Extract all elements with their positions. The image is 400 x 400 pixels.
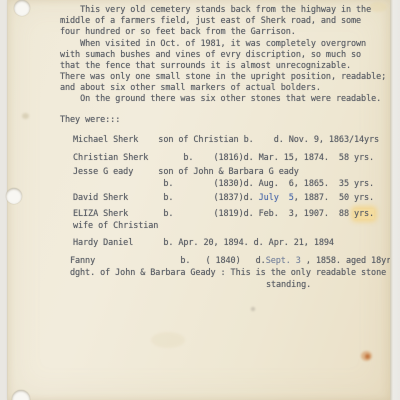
paper-sheet: This very old cemetery stands back from … (7, 0, 391, 400)
typed-text: dght. of John & Barbara Geady : This is … (70, 268, 386, 278)
stain (22, 113, 29, 119)
typed-line: They were::: (60, 115, 120, 125)
scanned-document-page: This very old cemetery stands back from … (0, 0, 400, 400)
stain (365, 354, 370, 359)
typed-text: Christian Sherk b. (1816)d. Mar. 15, 187… (73, 153, 374, 163)
typed-text: four hundred or so feet back from the Ga… (60, 27, 296, 37)
stain (251, 307, 255, 311)
typed-text: wife of Christian (73, 221, 158, 231)
typed-text: When visited in Oct. of 1981, it was com… (60, 39, 366, 49)
stain (151, 332, 185, 348)
highlighted-typed-text: yrs. (354, 209, 374, 219)
hole-punch (6, 188, 22, 204)
typed-text: Jesse G eady son of John & Barbara G ead… (73, 167, 299, 177)
typed-text: Sept. 3 (266, 256, 301, 266)
typed-line: standing. (266, 280, 311, 290)
typed-text: and about six other small markers of act… (60, 83, 321, 93)
typed-text: They were::: (60, 115, 120, 125)
typed-text: Hardy Daniel b. Apr. 20, 1894. d. Apr. 2… (73, 238, 334, 248)
typed-text: This very old cemetery stands back from … (60, 5, 371, 15)
typed-text: , 1858. aged 18yrs (301, 256, 396, 266)
typed-line: middle of a farmers field, just east of … (60, 16, 361, 26)
typed-text: David Sherk b. (1837)d. (73, 193, 259, 203)
typed-text: b. (1830)d. Aug. 6, 1865. 35 yrs. (73, 179, 374, 189)
typed-line: There was only one small stone in the up… (60, 72, 386, 82)
typed-text: Fanny b. ( 1840) d. (70, 256, 266, 266)
typed-line: Jesse G eady son of John & Barbara G ead… (73, 167, 299, 177)
stain (369, 2, 387, 12)
typed-line: David Sherk b. (1837)d. July 5, 1887. 50… (73, 193, 374, 203)
typed-text: On the ground there was six other stones… (60, 94, 381, 104)
typed-line: On the ground there was six other stones… (60, 94, 381, 104)
typed-text: ELIZA Sherk b. (1819)d. Feb. 3, 1907. 88 (73, 209, 354, 219)
typed-text: July 5 (259, 193, 294, 203)
typed-text: There was only one small stone in the up… (60, 72, 386, 82)
typed-line: that the fence that surrounds it is almo… (60, 61, 351, 71)
typed-line: Michael Sherk son of Christian b. d. Nov… (73, 135, 379, 145)
typed-text: that the fence that surrounds it is almo… (60, 61, 351, 71)
typed-line: wife of Christian (73, 221, 158, 231)
typed-line: When visited in Oct. of 1981, it was com… (60, 39, 366, 49)
typed-line: dght. of John & Barbara Geady : This is … (70, 268, 386, 278)
typed-line: with sumach bushes and vines of evry dis… (60, 50, 361, 60)
typed-line: Hardy Daniel b. Apr. 20, 1894. d. Apr. 2… (73, 238, 334, 248)
typed-text: , 1887. 50 yrs. (294, 193, 374, 203)
typed-line: ELIZA Sherk b. (1819)d. Feb. 3, 1907. 88… (73, 209, 374, 219)
typed-line: Christian Sherk b. (1816)d. Mar. 15, 187… (73, 153, 374, 163)
typed-line: This very old cemetery stands back from … (60, 5, 371, 15)
typed-text: Michael Sherk son of Christian b. d. Nov… (73, 135, 379, 145)
typed-text: middle of a farmers field, just east of … (60, 16, 361, 26)
typed-line: and about six other small markers of act… (60, 83, 321, 93)
typed-text: with sumach bushes and vines of evry dis… (60, 50, 361, 60)
typed-line: Fanny b. ( 1840) d.Sept. 3 , 1858. aged … (70, 256, 396, 266)
typed-text: standing. (266, 280, 311, 290)
hole-punch (14, 0, 30, 16)
page-right-edge (390, 0, 400, 400)
typed-line: b. (1830)d. Aug. 6, 1865. 35 yrs. (73, 179, 374, 189)
typed-line: four hundred or so feet back from the Ga… (60, 27, 296, 37)
